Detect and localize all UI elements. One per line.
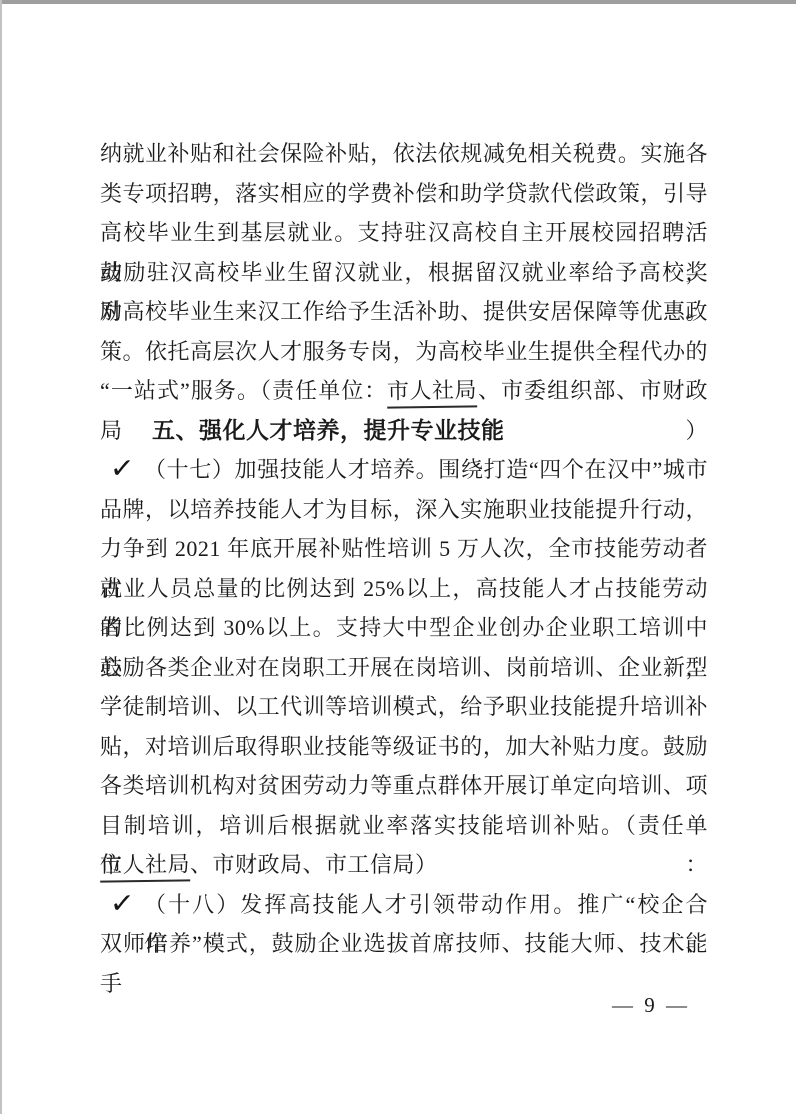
scan-edge-left (0, 0, 2, 1114)
scan-edge-top (0, 0, 796, 4)
text-line-item-18: ✓（十八）发挥高技能人才引领带动作用。推广“校企合作、 (100, 885, 708, 925)
text-line: 各类培训机构对贫困劳动力等重点群体开展订单定向培训、项 (100, 766, 708, 806)
text-line: 力争到 2021 年底开展补贴性培训 5 万人次，全市技能劳动者占 (100, 529, 708, 569)
text-line: 高校毕业生到基层就业。支持驻汉高校自主开展校园招聘活动， (100, 213, 708, 253)
text-segment: “一站式”服务。（责任单位： (100, 378, 387, 403)
text-line: 策。依托高层次人才服务专岗，为高校毕业生提供全程代办的 (100, 332, 708, 372)
section-heading: 五、强化人才培养，提升专业技能 (100, 411, 708, 451)
text-line: 学徒制培训、以工代训等培训模式，给予职业技能提升培训补 (100, 687, 708, 727)
text-line: 双师培养”模式，鼓励企业选拔首席技师、技能大师、技术能手 (100, 924, 708, 964)
document-text-block: 纳就业补贴和社会保险补贴，依法依规减免相关税费。实施各 类专项招聘，落实相应的学… (100, 134, 708, 964)
text-line: 就业人员总量的比例达到 25%以上，高技能人才占技能劳动者 (100, 569, 708, 609)
text-line-responsible-units: 市人社局、市财政局、市工信局） (100, 845, 708, 885)
text-segment: 、市财政局、市工信局） (190, 852, 438, 877)
page-number: — 9 — (612, 992, 712, 1018)
check-icon: ✓ (109, 448, 137, 489)
text-line: 鼓励驻汉高校毕业生留汉就业，根据留汉就业率给予高校奖励。 (100, 253, 708, 293)
text-line: 类专项招聘，落实相应的学费补偿和助学贷款代偿政策，引导 (100, 174, 708, 214)
text-line: 的比例达到 30%以上。支持大中型企业创办企业职工培训中心， (100, 608, 708, 648)
text-line: 贴，对培训后取得职业技能等级证书的，加大补贴力度。鼓励 (100, 727, 708, 767)
text-line: 纳就业补贴和社会保险补贴，依法依规减免相关税费。实施各 (100, 134, 708, 174)
underlined-agency: 市人社局 (387, 375, 477, 408)
underlined-agency: 市人社局 (100, 849, 190, 882)
scanned-document-page: 纳就业补贴和社会保险补贴，依法依规减免相关税费。实施各 类专项招聘，落实相应的学… (0, 0, 796, 1114)
check-icon: ✓ (109, 883, 137, 924)
text-line: 目制培训，培训后根据就业率落实技能培训补贴。（责任单位： (100, 806, 708, 846)
text-line-item-17: ✓（十七）加强技能人才培养。围绕打造“四个在汉中”城市 (100, 450, 708, 490)
text-line: 鼓励各类企业对在岗职工开展在岗培训、岗前培训、企业新型 (100, 648, 708, 688)
text-line: 品牌，以培养技能人才为目标，深入实施职业技能提升行动， (100, 490, 708, 530)
text-line: 对高校毕业生来汉工作给予生活补助、提供安居保障等优惠政 (100, 292, 708, 332)
text-segment: （十七）加强技能人才培养。围绕打造“四个在汉中”城市 (144, 457, 708, 482)
text-line-responsible-units: “一站式”服务。（责任单位：市人社局、市委组织部、市财政局） (100, 371, 708, 411)
